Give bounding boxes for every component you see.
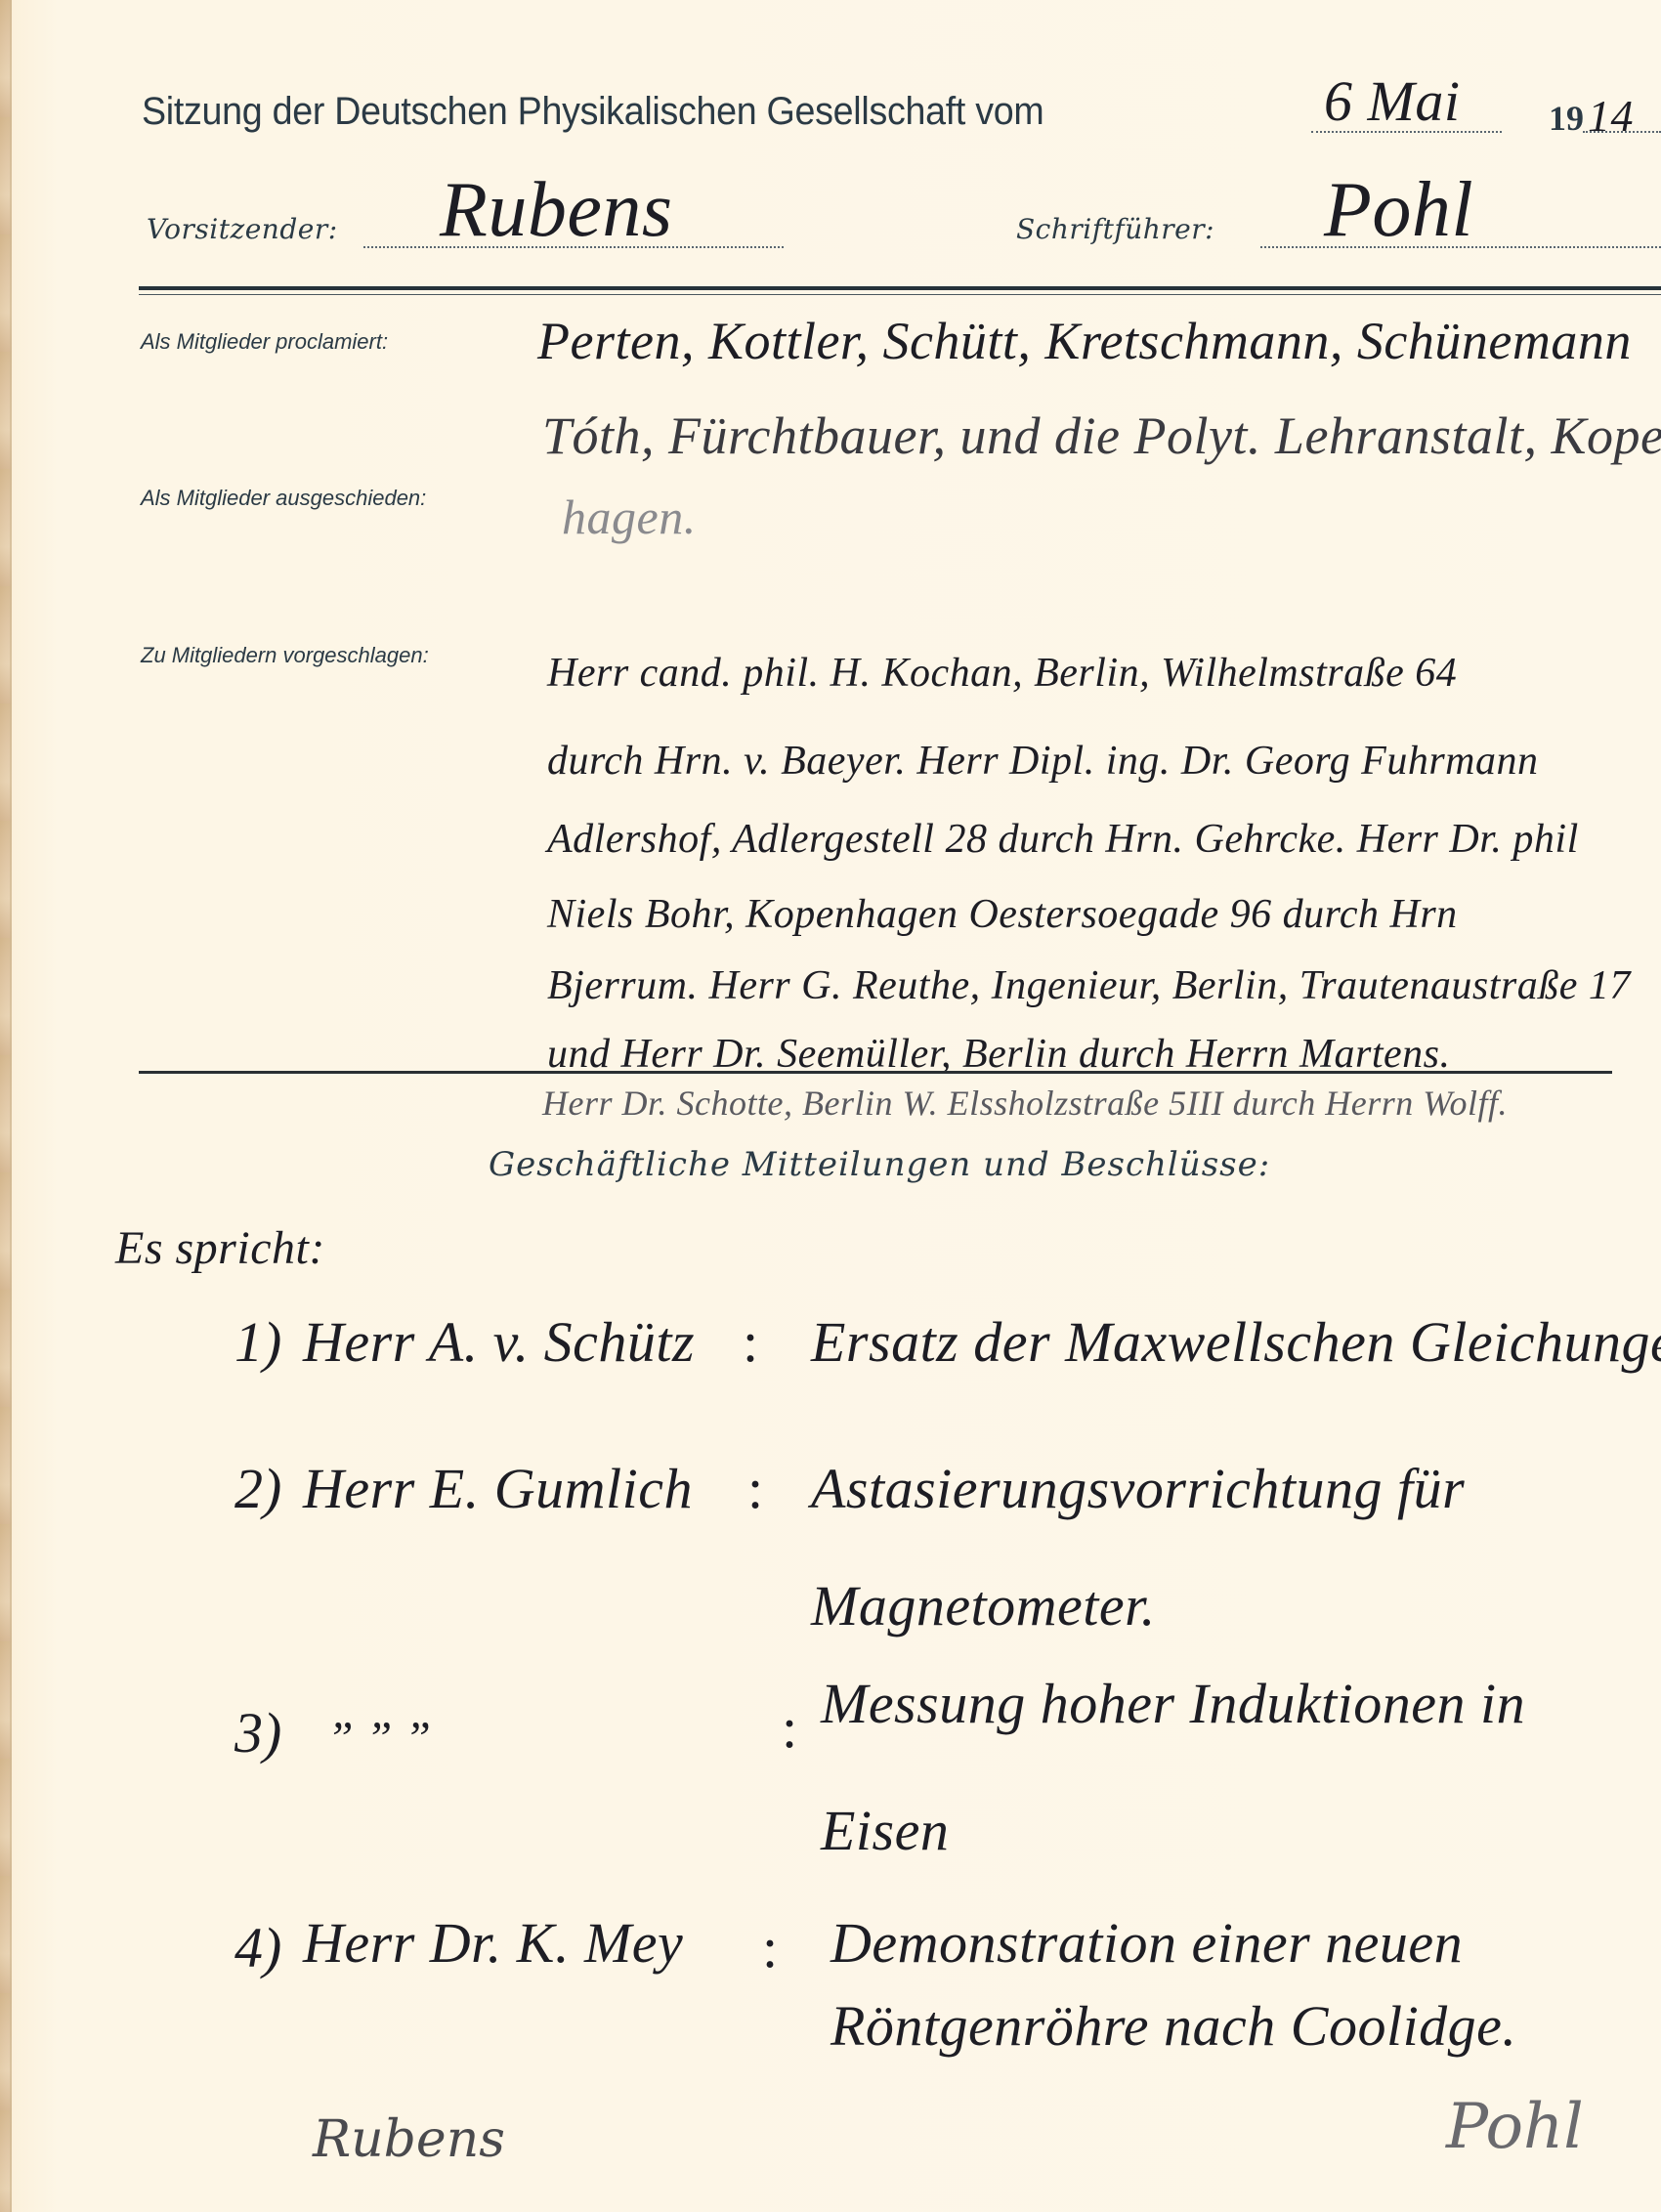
proclaimed-label: Als Mitglieder proclamiert: [141, 329, 388, 355]
secretary-label: Schriftführer: [1016, 213, 1214, 245]
proclaimed-line-continued: hagen. [562, 489, 697, 545]
members-section-rule [139, 1071, 1612, 1074]
item-colon: : [762, 1915, 778, 1980]
item-topic-line: Magnetometer. [811, 1573, 1156, 1638]
page-title: Sitzung der Deutschen Physikalischen Ges… [142, 90, 1043, 134]
item-speaker: Herr E. Gumlich [303, 1456, 693, 1521]
item-topic-line: Demonstration einer neuen [830, 1910, 1463, 1976]
book-spine-line [10, 0, 12, 2212]
item-speaker: Herr A. v. Schütz [303, 1309, 695, 1375]
business-section-title: Geschäftliche Mitteilungen und Beschlüss… [489, 1145, 1270, 1184]
item-speaker-ditto: „ „ „ [332, 1685, 437, 1739]
item-topic-line: Astasierungsvorrichtung für [811, 1456, 1465, 1521]
year-printed: 19 [1549, 98, 1584, 139]
ledger-page: Sitzung der Deutschen Physikalischen Ges… [0, 0, 1661, 2212]
item-number: 1) [234, 1309, 281, 1375]
item-speaker: Herr Dr. K. Mey [303, 1910, 683, 1976]
item-colon: : [782, 1695, 797, 1761]
item-number: 4) [234, 1915, 281, 1980]
proposed-line-added: Herr Dr. Schotte, Berlin W. Elssholzstra… [542, 1083, 1508, 1124]
item-colon: : [743, 1309, 758, 1375]
proposed-line: durch Hrn. v. Baeyer. Herr Dipl. ing. Dr… [547, 738, 1539, 785]
item-colon: : [747, 1456, 763, 1521]
proclaimed-line: Perten, Kottler, Schütt, Kretschmann, Sc… [537, 311, 1632, 371]
header-rule-thick [139, 286, 1661, 290]
session-date: 6 Mai [1324, 68, 1460, 134]
secretary-name: Pohl [1324, 166, 1473, 255]
chair-name: Rubens [440, 166, 673, 255]
signature-right: Pohl [1446, 2091, 1584, 2163]
item-topic-line: Ersatz der Maxwellschen Gleichungen [811, 1309, 1661, 1375]
item-topic-line: Eisen [821, 1798, 949, 1863]
proposed-label: Zu Mitgliedern vorgeschlagen: [141, 643, 429, 668]
year-dotted-line [1583, 131, 1661, 133]
proclaimed-line: Tóth, Fürchtbauer, und die Polyt. Lehran… [542, 405, 1661, 466]
speakers-intro: Es spricht: [115, 1221, 325, 1275]
proposed-line: Bjerrum. Herr G. Reuthe, Ingenieur, Berl… [547, 962, 1631, 1009]
header-rule-thin [139, 294, 1661, 295]
item-topic-line: Röntgenröhre nach Coolidge. [830, 1993, 1516, 2059]
chair-label: Vorsitzender: [147, 213, 338, 245]
item-number: 3) [234, 1700, 281, 1765]
item-topic-line: Messung hoher Induktionen in [821, 1671, 1525, 1736]
signature-left: Rubens [313, 2110, 505, 2169]
resigned-label: Als Mitglieder ausgeschieden: [141, 486, 426, 511]
year-handwritten: 14 [1588, 90, 1634, 142]
proposed-line: Adlershof, Adlergestell 28 durch Hrn. Ge… [547, 816, 1579, 863]
proposed-line: Herr cand. phil. H. Kochan, Berlin, Wilh… [547, 650, 1457, 697]
item-number: 2) [234, 1456, 281, 1521]
proposed-line: Niels Bohr, Kopenhagen Oestersoegade 96 … [547, 891, 1458, 938]
